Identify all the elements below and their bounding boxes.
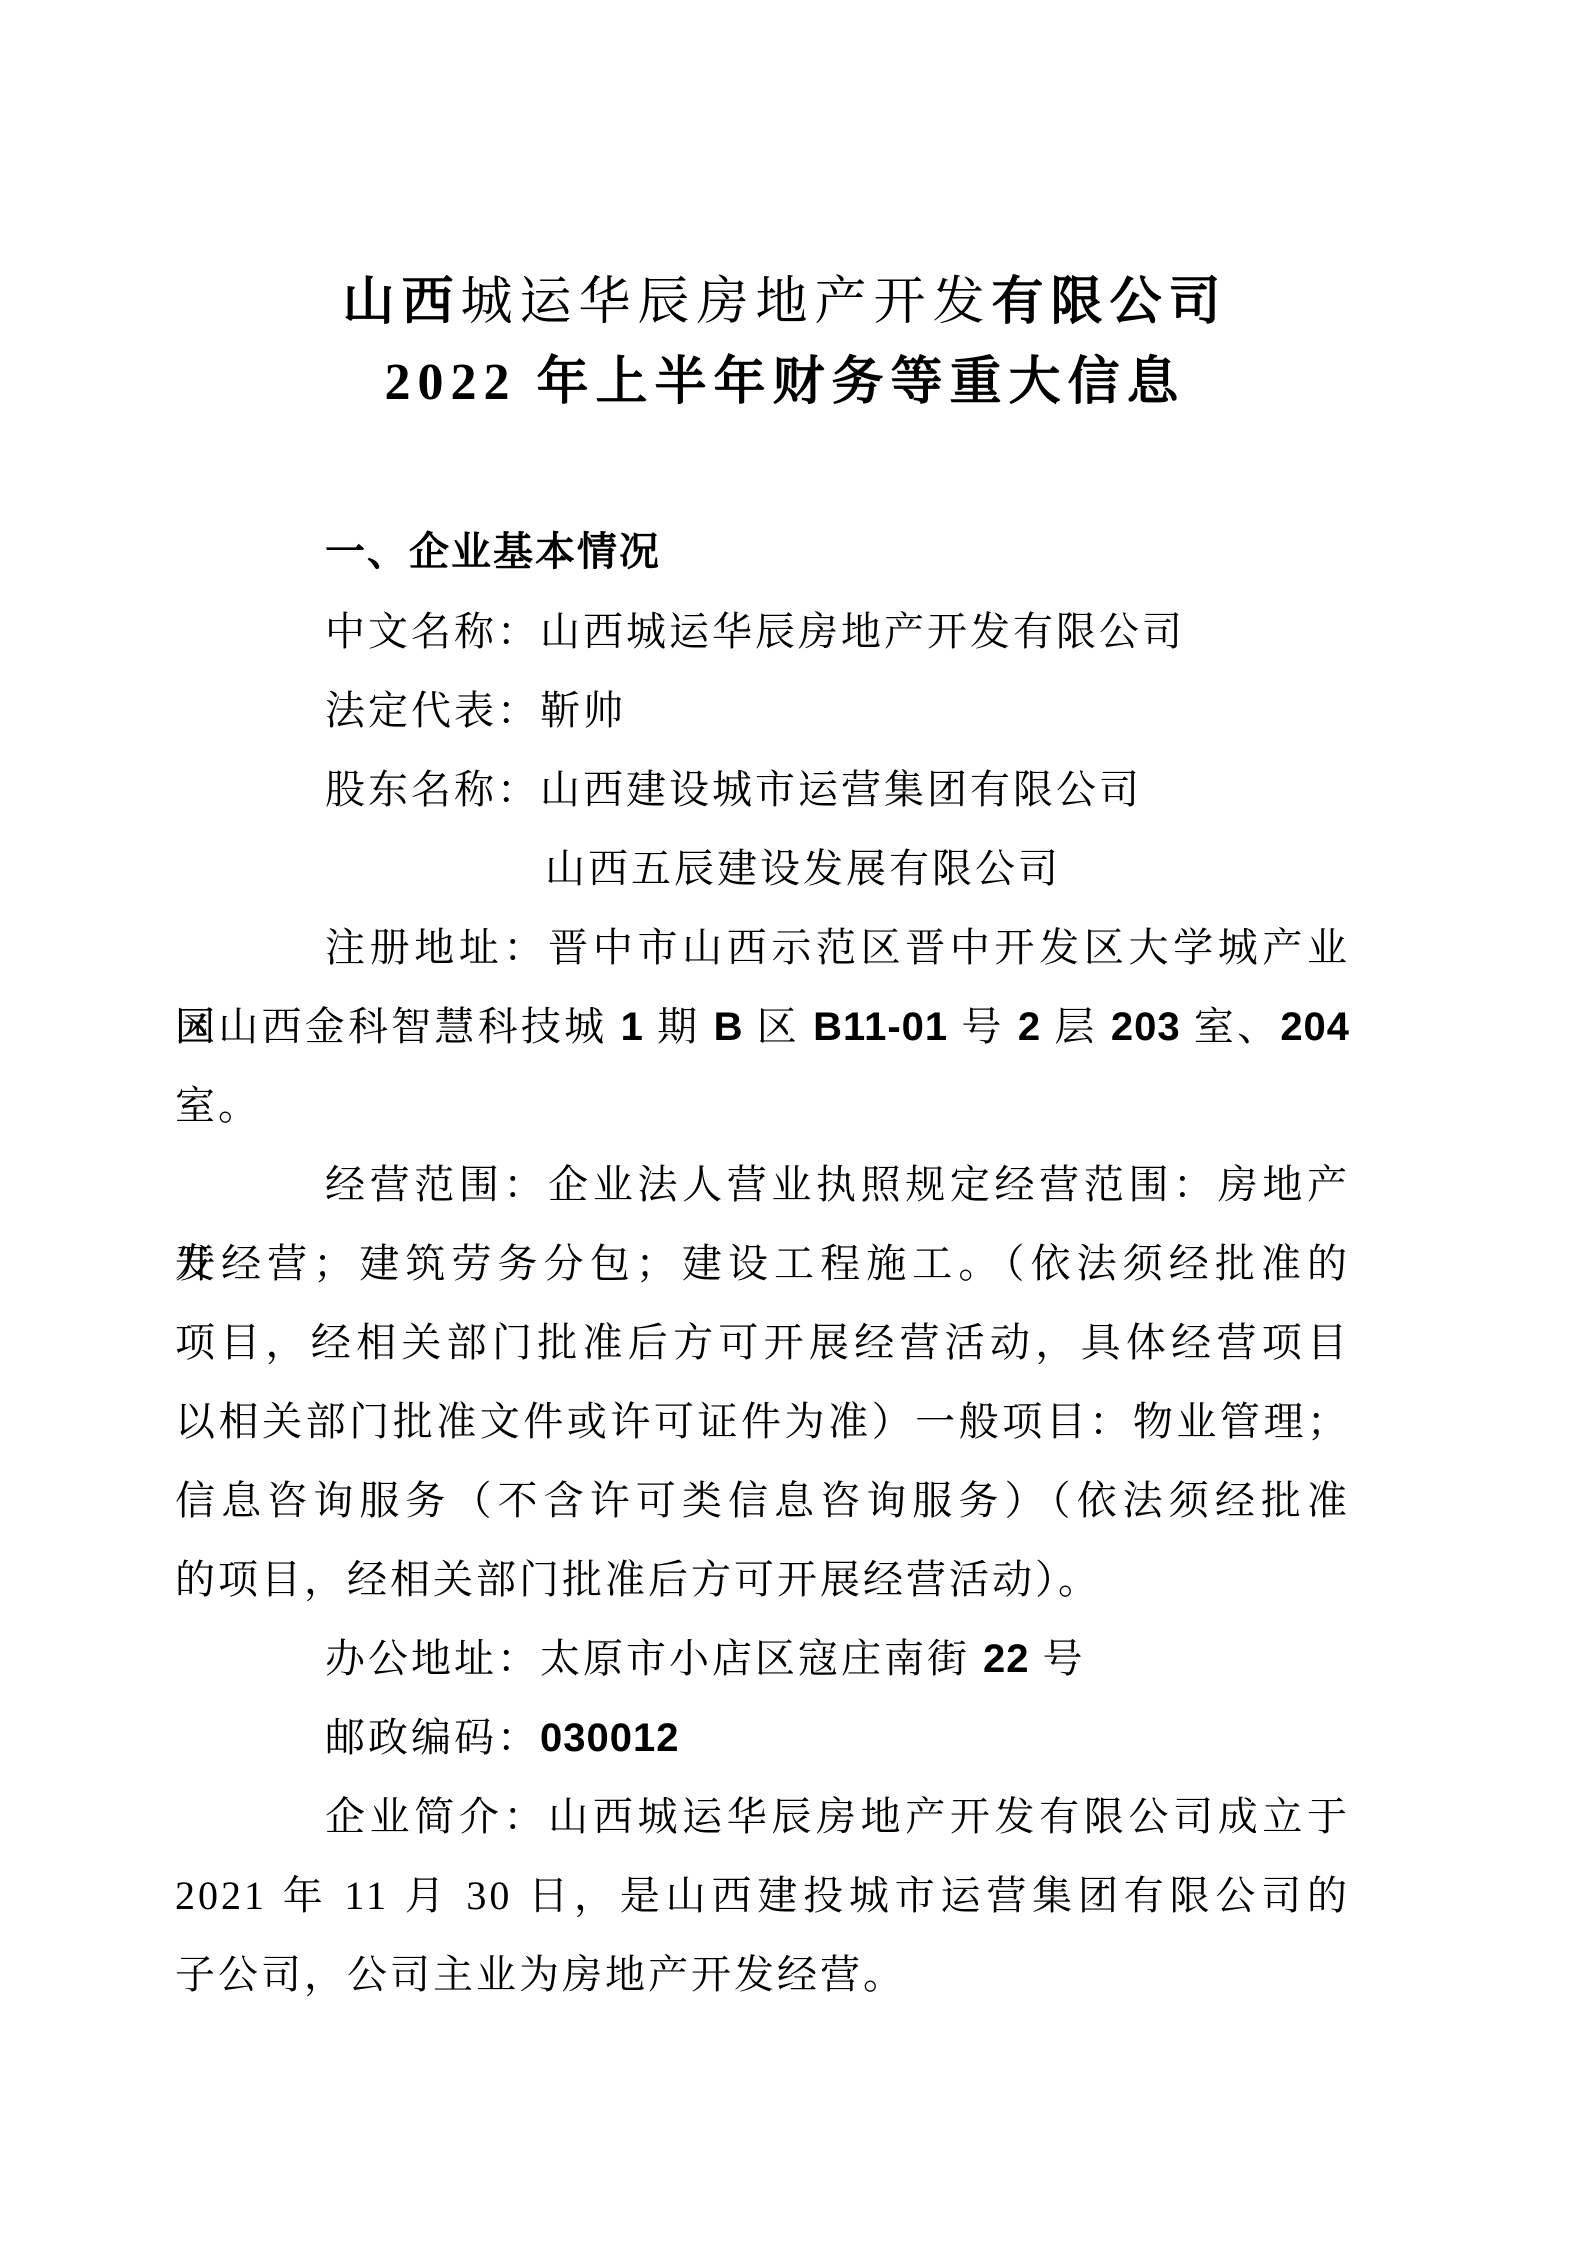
body-text: 发经营；建筑劳务分包；建设工程施工。（依法须经批准的 <box>175 1241 1350 1286</box>
body-text: 室。 <box>175 1083 261 1128</box>
body-text: 一、企业基本情况 <box>325 530 661 574</box>
body-text: 股东名称：山西建设城市运营集团有限公司 <box>325 767 1142 812</box>
title-text-heavy: 有限公司 <box>992 274 1228 331</box>
body-text: 期 <box>644 1004 714 1049</box>
body-text: 项目，经相关部门批准后方可开展经营活动，具体经营项目 <box>175 1320 1350 1365</box>
field-line: 中文名称：山西城运华辰房地产开发有限公司 <box>175 592 1350 671</box>
paragraph-last-line: 子公司，公司主业为房地产开发经营。 <box>175 1935 1350 2014</box>
title-line: 山西城运华辰房地产开发有限公司 <box>220 263 1350 343</box>
numeric-text: 2 <box>1018 1005 1041 1049</box>
paragraph-line: 发经营；建筑劳务分包；建设工程施工。（依法须经批准的 <box>175 1224 1350 1303</box>
numeric-text: B <box>714 1005 744 1049</box>
numeric-text: 22 <box>983 1637 1030 1681</box>
field-line: 邮政编码：030012 <box>175 1698 1350 1777</box>
paragraph-line: 区山西金科智慧科技城 1 期 B 区 B11-01 号 2 层 203 室、20… <box>175 987 1350 1066</box>
body-text: 层 <box>1041 1004 1111 1049</box>
body-text: 信息咨询服务（不含许可类信息咨询服务）（依法须经批准 <box>175 1478 1350 1523</box>
field-line: 股东名称：山西建设城市运营集团有限公司 <box>175 750 1350 829</box>
field-value-line: 山西五辰建设发展有限公司 <box>175 829 1350 908</box>
body-text: 区 <box>743 1004 813 1049</box>
numeric-text: 204 <box>1280 1005 1350 1049</box>
paragraph-first-line: 注册地址：晋中市山西示范区晋中开发区大学城产业园 <box>175 908 1350 987</box>
body-text: 企业简介：山西城运华辰房地产开发有限公司成立于 <box>325 1794 1350 1839</box>
title-text: 城运华辰房地产开发 <box>460 274 991 331</box>
paragraph-last-line: 的项目，经相关部门批准后方可开展经营活动）。 <box>175 1540 1350 1619</box>
body-text: 区山西金科智慧科技城 <box>175 1004 621 1049</box>
title-text-heavy: 山西 <box>342 274 460 331</box>
body-text: 山西五辰建设发展有限公司 <box>545 846 1061 891</box>
paragraph-line: 2021 年 11 月 30 日，是山西建投城市运营集团有限公司的 <box>175 1856 1350 1935</box>
body-text: 办公地址：太原市小店区寇庄南街 <box>325 1636 983 1681</box>
body-text: 邮政编码： <box>325 1715 540 1760</box>
section-heading: 一、企业基本情况 <box>175 513 1350 592</box>
paragraph-line: 信息咨询服务（不含许可类信息咨询服务）（依法须经批准 <box>175 1461 1350 1540</box>
paragraph-first-line: 企业简介：山西城运华辰房地产开发有限公司成立于 <box>175 1777 1350 1856</box>
numeric-text: 1 <box>621 1005 644 1049</box>
numeric-text: 030012 <box>540 1716 679 1760</box>
body-text: 子公司，公司主业为房地产开发经营。 <box>175 1952 906 1997</box>
body-text: 以相关部门批准文件或许可证件为准）一般项目：物业管理； <box>175 1399 1350 1444</box>
body-text: 法定代表：靳帅 <box>325 688 626 733</box>
title-text-heavy: 2022 年上半年财务等重大信息 <box>384 354 1185 411</box>
document-body: 一、企业基本情况中文名称：山西城运华辰房地产开发有限公司法定代表：靳帅股东名称：… <box>175 513 1350 2014</box>
document-page: 山西城运华辰房地产开发有限公司2022 年上半年财务等重大信息 一、企业基本情况… <box>0 0 1587 2245</box>
body-text: 号 <box>948 1004 1018 1049</box>
numeric-text: 203 <box>1111 1005 1181 1049</box>
title-line: 2022 年上半年财务等重大信息 <box>220 343 1350 423</box>
numeric-text: B11-01 <box>813 1005 948 1049</box>
paragraph-line: 项目，经相关部门批准后方可开展经营活动，具体经营项目 <box>175 1303 1350 1382</box>
body-text: 2021 年 11 月 30 日，是山西建投城市运营集团有限公司的 <box>175 1873 1350 1918</box>
body-text: 的项目，经相关部门批准后方可开展经营活动）。 <box>175 1557 1101 1602</box>
body-text: 号 <box>1030 1636 1086 1681</box>
field-line: 办公地址：太原市小店区寇庄南街 22 号 <box>175 1619 1350 1698</box>
paragraph-first-line: 经营范围：企业法人营业执照规定经营范围：房地产开 <box>175 1145 1350 1224</box>
document-content: 山西城运华辰房地产开发有限公司2022 年上半年财务等重大信息 一、企业基本情况… <box>175 263 1350 2014</box>
field-line: 法定代表：靳帅 <box>175 671 1350 750</box>
body-text: 室、 <box>1181 1004 1281 1049</box>
paragraph-last-line: 室。 <box>175 1066 1350 1145</box>
body-text: 中文名称：山西城运华辰房地产开发有限公司 <box>325 609 1185 654</box>
document-title: 山西城运华辰房地产开发有限公司2022 年上半年财务等重大信息 <box>220 263 1350 423</box>
paragraph-line: 以相关部门批准文件或许可证件为准）一般项目：物业管理； <box>175 1382 1350 1461</box>
